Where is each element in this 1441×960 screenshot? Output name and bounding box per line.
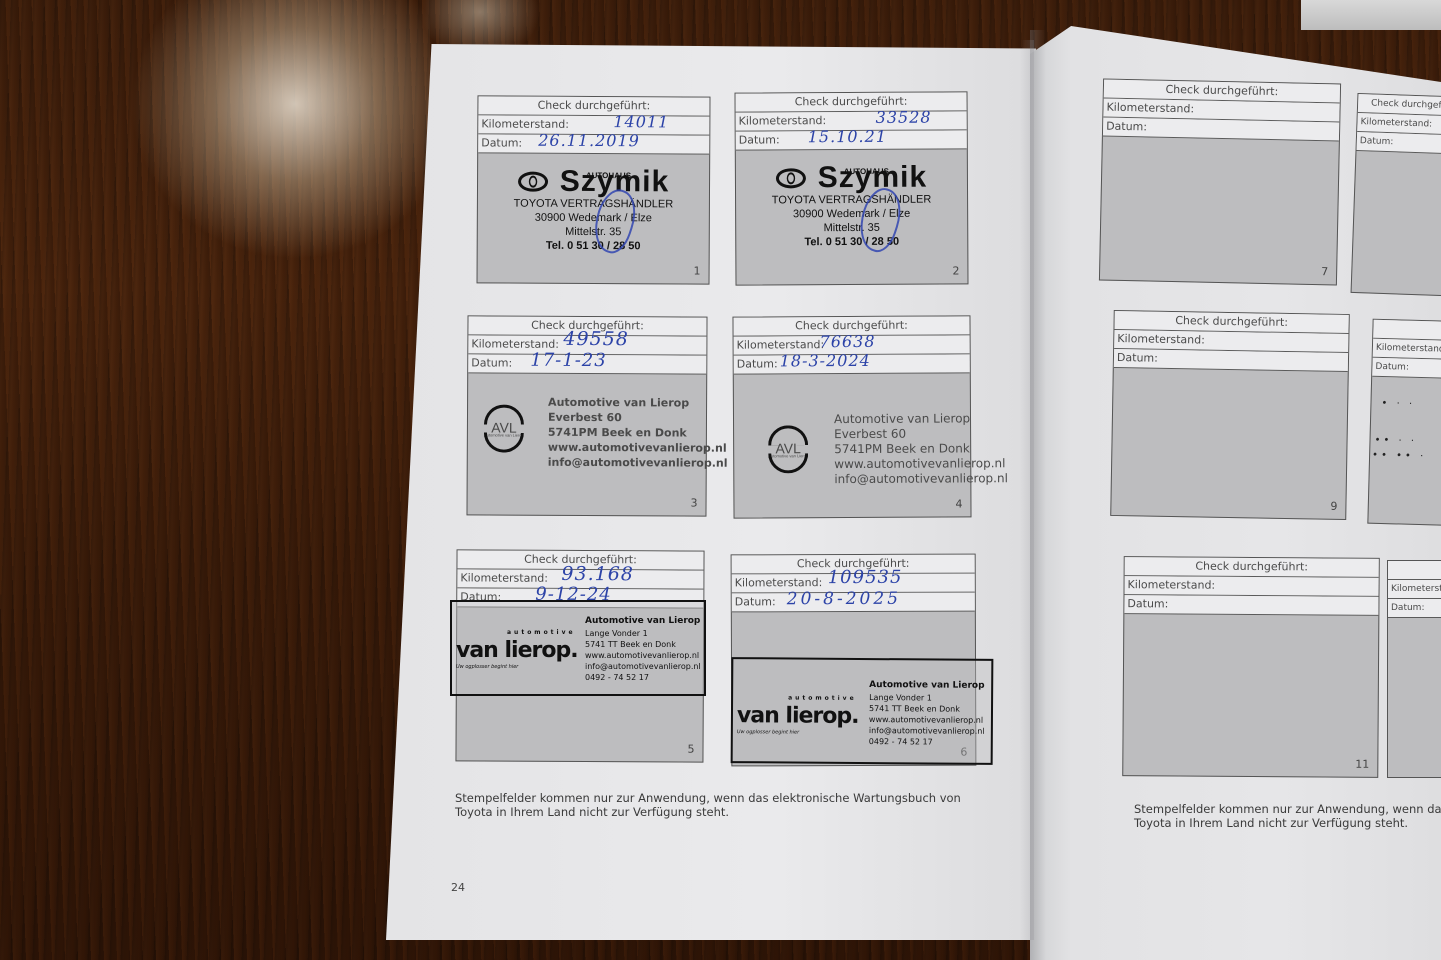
dealer-tag: AUTOHAUS bbox=[844, 157, 889, 187]
stamp-line: 0492 - 74 52 17 bbox=[585, 672, 701, 683]
date-value: 18-3-2024 bbox=[780, 352, 871, 370]
stamp-title: Automotive van Lierop bbox=[585, 614, 701, 628]
avl-logo-sub: Automotive van Lierop bbox=[474, 432, 534, 437]
van-lierop-logo: van lierop.automotiveUw ogplosser begint… bbox=[737, 703, 859, 729]
avl-logo-sub: Automotive van Lierop bbox=[758, 453, 818, 458]
box-number: 1 bbox=[694, 265, 701, 278]
service-stamp-box: Check durchgeführt: Kilometerstand:33528… bbox=[734, 91, 968, 285]
stamp-line: info@automotivevanlierop.nl bbox=[548, 455, 728, 471]
page-shadow bbox=[1020, 40, 1034, 940]
toyota-logo-icon bbox=[518, 172, 548, 192]
box-number: 4 bbox=[955, 497, 962, 510]
service-stamp-box: Kilometerstand: Datum: bbox=[1387, 560, 1441, 778]
stamp-line: info@automotivevanlierop.nl bbox=[834, 471, 1008, 487]
date-row: Datum:17-1-23 bbox=[468, 354, 706, 374]
dealer-tag: AUTOHAUS bbox=[586, 161, 631, 191]
stamp-line: Automotive van Lierop bbox=[834, 411, 1008, 427]
avl-logo-text: AVL bbox=[491, 419, 517, 435]
box-number: 3 bbox=[691, 497, 698, 510]
km-label: Kilometerstand: bbox=[1391, 584, 1441, 594]
km-value: 109535 bbox=[828, 569, 903, 587]
dealer-stamp-szymik: AUTOHAUSSzymik TOYOTA VERTRAGSHÄNDLER 30… bbox=[736, 162, 967, 249]
date-row: Datum: bbox=[1124, 595, 1378, 616]
stamp-line: 30900 Wedemark / Elze bbox=[736, 206, 967, 221]
footer-note: Stempelfelder kommen nur zur Anwendung, … bbox=[455, 791, 961, 819]
stamp-line: 30900 Wedemark / Elze bbox=[478, 210, 709, 225]
date-label: Datum: bbox=[1106, 120, 1147, 134]
date-label: Datum: bbox=[1117, 351, 1158, 365]
box-number: 5 bbox=[687, 743, 694, 756]
dealer-stamp-szymik: AUTOHAUSSzymik TOYOTA VERTRAGSHÄNDLER 30… bbox=[478, 166, 709, 253]
km-value: 49558 bbox=[563, 330, 629, 348]
date-value: 26.11.2019 bbox=[538, 132, 640, 151]
km-value: 33528 bbox=[876, 109, 932, 127]
date-label: Datum: bbox=[1391, 603, 1424, 613]
km-label: Kilometerstand: bbox=[1376, 343, 1441, 355]
logo-tag: automotive bbox=[507, 629, 576, 636]
date-row: Datum:18-3-2024 bbox=[734, 354, 970, 374]
stamp-line: Everbest 60 bbox=[548, 410, 728, 426]
date-value: 17-1-23 bbox=[530, 352, 607, 370]
light-glare bbox=[130, 0, 430, 260]
stamp-line: 0492 - 74 52 17 bbox=[869, 736, 985, 748]
stamp-line: www.automotivevanlierop.nl bbox=[869, 714, 985, 726]
dealer-stamp-avl: Automotive van Lierop Everbest 60 5741PM… bbox=[548, 395, 728, 471]
footer-note-line: Toyota in Ihrem Land nicht zur Verfügung… bbox=[1134, 816, 1441, 830]
avl-logo-text: AVL bbox=[775, 440, 801, 456]
km-label: Kilometerstand: bbox=[739, 114, 827, 127]
date-row: Datum:15.10.21 bbox=[736, 130, 967, 150]
van-lierop-logo: van lierop.automotiveUw ogplosser begint… bbox=[456, 638, 578, 663]
box-number: 2 bbox=[952, 264, 959, 277]
km-label: Kilometerstand: bbox=[737, 338, 825, 351]
logo-text: van lierop. bbox=[456, 638, 578, 663]
service-stamp-box: Check durchgeführt: Kilometerstand: Datu… bbox=[1110, 310, 1350, 520]
stamp-line: Lange Vonder 1 bbox=[869, 692, 985, 704]
stamp-line: info@automotivevanlierop.nl bbox=[585, 661, 701, 672]
date-label: Datum: bbox=[481, 136, 522, 149]
km-label: Kilometerstand: bbox=[1117, 332, 1205, 347]
date-label: Datum: bbox=[1360, 136, 1394, 147]
date-row: Datum: bbox=[1114, 349, 1348, 372]
date-row: Datum: bbox=[1372, 358, 1441, 380]
box-number: 11 bbox=[1355, 758, 1369, 771]
date-value: 15.10.21 bbox=[808, 128, 887, 146]
logo-slogan: Uw ogplosser begint hier bbox=[737, 729, 799, 735]
km-value: 14011 bbox=[613, 113, 669, 131]
box-header: Check durchgeführt: bbox=[1125, 557, 1379, 578]
logo-tag: automotive bbox=[788, 694, 857, 701]
stamp-line: Lange Vonder 1 bbox=[585, 628, 701, 639]
box-header: Check durchgeführt: bbox=[736, 92, 967, 112]
km-value: 76638 bbox=[820, 333, 876, 351]
service-stamp-box: Check durchgeführt: Kilometerstand: Datu… bbox=[1351, 93, 1441, 297]
dealer-stamp-van-lierop: van lierop.automotiveUw ogplosser begint… bbox=[450, 600, 706, 696]
date-row: Datum:20-8-2025 bbox=[732, 593, 975, 613]
box-number: 9 bbox=[1330, 500, 1337, 513]
date-row: Datum: bbox=[1357, 132, 1441, 155]
date-label: Datum: bbox=[735, 595, 776, 608]
footer-note-line: Stempelfelder kommen nur zur Anwendung, … bbox=[455, 791, 961, 805]
service-stamp-box: Check durchgeführt: Kilometerstand: Datu… bbox=[1099, 79, 1341, 286]
date-row: Datum: bbox=[1103, 118, 1339, 142]
background-object bbox=[1301, 0, 1441, 30]
box-header bbox=[1388, 561, 1441, 580]
footer-note-right: Stempelfelder kommen nur zur Anwendung, … bbox=[1134, 802, 1441, 830]
date-row: Datum:26.11.2019 bbox=[478, 134, 709, 154]
footer-note-line: Toyota in Ihrem Land nicht zur Verfügung… bbox=[455, 805, 961, 819]
km-label: Kilometerstand: bbox=[1128, 578, 1216, 592]
footer-note-line: Stempelfelder kommen nur zur Anwendung, … bbox=[1134, 802, 1441, 816]
service-stamp-box: Check durchgeführt: Kilometerstand:76638… bbox=[732, 315, 971, 518]
dealer-stamp-van-lierop: van lierop.automotiveUw ogplosser begint… bbox=[731, 657, 994, 765]
stamp-address: Automotive van Lierop Lange Vonder 1 574… bbox=[585, 614, 701, 683]
date-label: Datum: bbox=[739, 133, 780, 146]
stamp-line: TOYOTA VERTRAGSHÄNDLER bbox=[478, 196, 709, 211]
page-number: 24 bbox=[451, 881, 465, 894]
ink-specks: •• · · bbox=[1374, 435, 1417, 447]
stamp-line: info@automotivevanlierop.nl bbox=[869, 725, 985, 737]
logo-slogan: Uw ogplosser begint hier bbox=[456, 664, 518, 670]
toyota-logo-icon bbox=[776, 168, 806, 188]
stamp-line: 5741 TT Beek en Donk bbox=[869, 703, 985, 715]
km-label: Kilometerstand: bbox=[1106, 101, 1194, 116]
service-stamp-box: Check durchgeführt: Kilometerstand: Datu… bbox=[1122, 556, 1380, 778]
dealer-stamp-avl: Automotive van Lierop Everbest 60 5741PM… bbox=[834, 411, 1008, 487]
stamp-line: www.automotivevanlierop.nl bbox=[585, 650, 701, 661]
stamp-address: Automotive van Lierop Lange Vonder 1 574… bbox=[869, 678, 985, 748]
stamp-line: Automotive van Lierop bbox=[548, 395, 728, 411]
ink-specks: •• •• · bbox=[1372, 450, 1426, 462]
avl-logo-icon: AVLAutomotive van Lierop bbox=[764, 425, 812, 473]
stamp-line: www.automotivevanlierop.nl bbox=[834, 456, 1008, 472]
stamp-line: Tel. 0 51 30 / 28 50 bbox=[478, 238, 709, 253]
box-header: Check durchgeführt: bbox=[478, 96, 709, 116]
date-row: Datum: bbox=[1388, 599, 1441, 618]
stamp-line: 5741PM Beek en Donk bbox=[548, 425, 728, 441]
date-value: 20-8-2025 bbox=[787, 590, 901, 608]
stamp-line: 5741 TT Beek en Donk bbox=[585, 639, 701, 650]
date-label: Datum: bbox=[1127, 597, 1168, 610]
stamp-line: Mittelstr. 35 bbox=[478, 224, 709, 239]
km-label: Kilometerstand: bbox=[481, 117, 569, 130]
km-label: Kilometerstand: bbox=[735, 576, 823, 589]
km-value: 93.168 bbox=[561, 565, 634, 583]
service-stamp-box: Check durchgeführt: Kilometerstand:14011… bbox=[477, 95, 711, 284]
dealer-name: AUTOHAUSSzymik bbox=[818, 163, 928, 194]
avl-logo-icon: AVLAutomotive van Lierop bbox=[480, 404, 528, 452]
ink-specks: • · · bbox=[1381, 398, 1415, 410]
km-row: Kilometerstand: bbox=[1388, 580, 1441, 599]
stamp-line: www.automotivevanlierop.nl bbox=[548, 440, 728, 456]
date-label: Datum: bbox=[737, 357, 778, 370]
stamp-line: 5741PM Beek en Donk bbox=[834, 441, 1008, 457]
stamp-line: Mittelstr. 35 bbox=[736, 220, 967, 235]
date-label: Datum: bbox=[471, 356, 512, 369]
box-number: 7 bbox=[1321, 265, 1328, 278]
service-stamp-box: Kilometerstand: Datum: • · · •• · · •• •… bbox=[1367, 319, 1441, 527]
date-label: Datum: bbox=[1375, 362, 1409, 373]
stamp-line: Tel. 0 51 30 / 28 50 bbox=[736, 234, 967, 249]
stamp-line: Everbest 60 bbox=[834, 426, 1008, 442]
stamp-line: TOYOTA VERTRAGSHÄNDLER bbox=[736, 192, 967, 207]
stamp-title: Automotive van Lierop bbox=[869, 678, 985, 693]
logo-text: van lierop. bbox=[737, 703, 859, 729]
service-stamp-box: Check durchgeführt: Kilometerstand:49558… bbox=[466, 315, 707, 516]
km-row: Kilometerstand: bbox=[1124, 576, 1378, 597]
km-label: Kilometerstand: bbox=[1360, 117, 1432, 129]
